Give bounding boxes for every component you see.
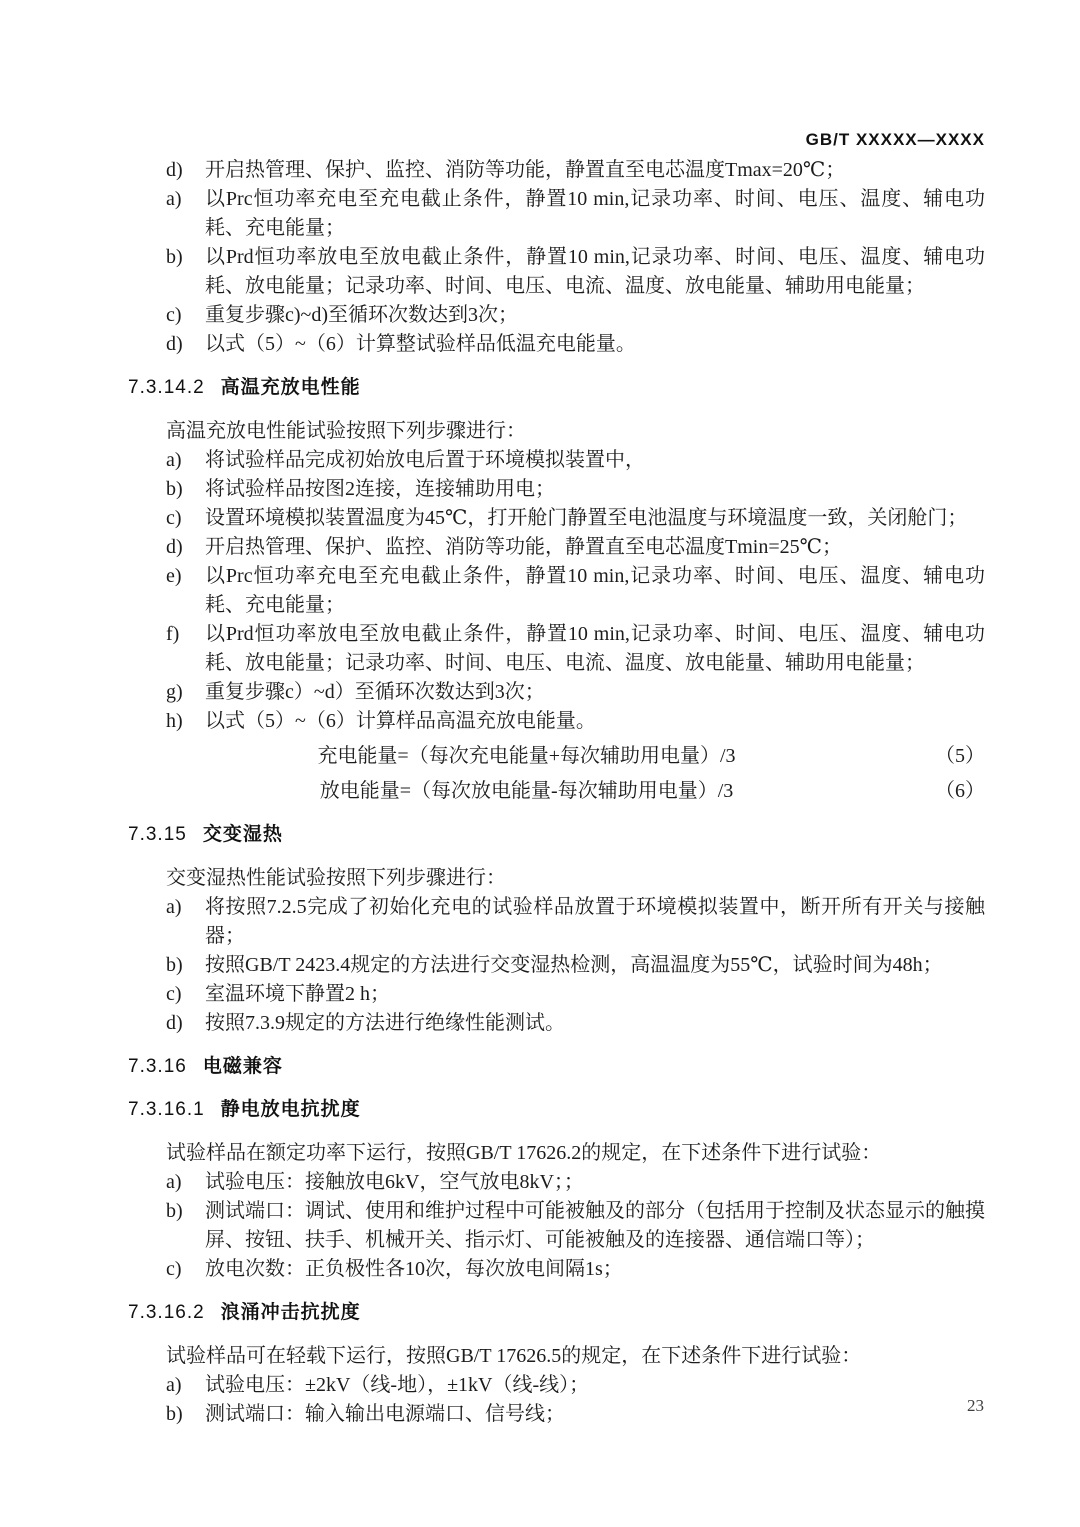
list-item-label: b) [128, 475, 205, 504]
formula-number: （6） [925, 777, 985, 806]
section-title: 静电放电抗扰度 [221, 1099, 361, 1120]
section-heading-7-3-16-2: 7.3.16.2浪涌冲击抗扰度 [128, 1299, 985, 1326]
list-item: a) 试验电压：接触放电6kV，空气放电8kV；； [128, 1168, 985, 1197]
list-item: f) 以Prd恒功率放电至放电截止条件，静置10 min,记录功率、时间、电压、… [128, 620, 985, 678]
list-item-text: 以式（5）~（6）计算样品高温充放电能量。 [205, 707, 985, 736]
document-page: GB/T XXXXX—XXXX d) 开启热管理、保护、监控、消防等功能，静置直… [0, 0, 1080, 1527]
list-item-text: 测试端口：调试、使用和维护过程中可能被触及的部分（包括用于控制及状态显示的触摸屏… [205, 1197, 985, 1255]
list-item-label: d) [128, 1009, 205, 1038]
section-title: 高温充放电性能 [221, 377, 361, 398]
list-item-text: 将试验样品按图2连接，连接辅助用电； [205, 475, 985, 504]
list-item: a) 将试验样品完成初始放电后置于环境模拟装置中， [128, 446, 985, 475]
list-item-text: 试验电压：±2kV（线-地），±1kV（线-线）； [205, 1371, 985, 1400]
list-item-text: 重复步骤c）~d）至循环次数达到3次； [205, 678, 985, 707]
list-item-label: d) [128, 533, 205, 562]
list-item: d) 开启热管理、保护、监控、消防等功能，静置直至电芯温度Tmin=25℃； [128, 533, 985, 562]
list-item-label: a) [128, 893, 205, 951]
list-item-label: g) [128, 678, 205, 707]
list-item-text: 测试端口：输入输出电源端口、信号线； [205, 1400, 985, 1429]
section-intro: 试验样品在额定功率下运行，按照GB/T 17626.2的规定，在下述条件下进行试… [128, 1139, 985, 1168]
section-intro: 试验样品可在轻载下运行，按照GB/T 17626.5的规定，在下述条件下进行试验… [128, 1342, 985, 1371]
list-item: c) 设置环境模拟装置温度为45℃，打开舱门静置至电池温度与环境温度一致，关闭舱… [128, 504, 985, 533]
list-item-text: 开启热管理、保护、监控、消防等功能，静置直至电芯温度Tmin=25℃； [205, 533, 985, 562]
list-item: b) 将试验样品按图2连接，连接辅助用电； [128, 475, 985, 504]
list-item-label: c) [128, 1255, 205, 1284]
list-item-text: 以Prc恒功率充电至充电截止条件，静置10 min,记录功率、时间、电压、温度、… [205, 185, 985, 243]
list-item: c) 室温环境下静置2 h； [128, 980, 985, 1009]
section-heading-7-3-16: 7.3.16电磁兼容 [128, 1053, 985, 1080]
list-item-text: 将试验样品完成初始放电后置于环境模拟装置中， [205, 446, 985, 475]
list-item-label: b) [128, 243, 205, 301]
section-heading-7-3-14-2: 7.3.14.2高温充放电性能 [128, 374, 985, 401]
list-item-label: a) [128, 185, 205, 243]
list-item-text: 试验电压：接触放电6kV，空气放电8kV；； [205, 1168, 985, 1197]
list-item-label: a) [128, 1371, 205, 1400]
list-item-text: 以Prd恒功率放电至放电截止条件，静置10 min,记录功率、时间、电压、温度、… [205, 620, 985, 678]
list-item: c) 放电次数：正负极性各10次，每次放电间隔1s； [128, 1255, 985, 1284]
list-item-label: a) [128, 1168, 205, 1197]
list-item-label: b) [128, 1400, 205, 1429]
list-item: g) 重复步骤c）~d）至循环次数达到3次； [128, 678, 985, 707]
list-item-text: 以Prc恒功率充电至充电截止条件，静置10 min,记录功率、时间、电压、温度、… [205, 562, 985, 620]
list-item: b) 测试端口：输入输出电源端口、信号线； [128, 1400, 985, 1429]
page-number: 23 [967, 1396, 984, 1416]
esd-list: a) 试验电压：接触放电6kV，空气放电8kV；； b) 测试端口：调试、使用和… [128, 1168, 985, 1284]
section-number: 7.3.16.2 [128, 1302, 205, 1323]
list-item-label: a) [128, 446, 205, 475]
list-item-text: 以式（5）~（6）计算整试验样品低温充电能量。 [205, 330, 985, 359]
formula-discharge-energy: 放电能量=（每次放电能量-每次辅助用电量）/3 （6） [128, 777, 985, 806]
list-item: d) 按照7.3.9规定的方法进行绝缘性能测试。 [128, 1009, 985, 1038]
list-item-text: 开启热管理、保护、监控、消防等功能，静置直至电芯温度Tmax=20℃； [205, 156, 985, 185]
surge-list: a) 试验电压：±2kV（线-地），±1kV（线-线）； b) 测试端口：输入输… [128, 1371, 985, 1429]
section-heading-7-3-15: 7.3.15交变湿热 [128, 821, 985, 848]
formula-charge-energy: 充电能量=（每次充电能量+每次辅助用电量）/3 （5） [128, 742, 985, 771]
list-item-label: b) [128, 951, 205, 980]
section-intro: 交变湿热性能试验按照下列步骤进行： [128, 864, 985, 893]
list-item: b) 以Prd恒功率放电至放电截止条件，静置10 min,记录功率、时间、电压、… [128, 243, 985, 301]
section-number: 7.3.16.1 [128, 1099, 205, 1120]
damp-heat-list: a) 将按照7.2.5完成了初始化充电的试验样品放置于环境模拟装置中，断开所有开… [128, 893, 985, 1038]
list-item-label: c) [128, 301, 205, 330]
formula-body: 充电能量=（每次充电能量+每次辅助用电量）/3 [128, 742, 925, 771]
list-item-label: b) [128, 1197, 205, 1255]
list-item: d) 开启热管理、保护、监控、消防等功能，静置直至电芯温度Tmax=20℃； [128, 156, 985, 185]
section-title: 交变湿热 [203, 824, 283, 845]
list-item: a) 以Prc恒功率充电至充电截止条件，静置10 min,记录功率、时间、电压、… [128, 185, 985, 243]
list-item-label: e) [128, 562, 205, 620]
section-number: 7.3.14.2 [128, 377, 205, 398]
list-item: b) 测试端口：调试、使用和维护过程中可能被触及的部分（包括用于控制及状态显示的… [128, 1197, 985, 1255]
list-item-label: c) [128, 980, 205, 1009]
list-item: b) 按照GB/T 2423.4规定的方法进行交变湿热检测，高温温度为55℃，试… [128, 951, 985, 980]
list-item-label: c) [128, 504, 205, 533]
leading-list: d) 开启热管理、保护、监控、消防等功能，静置直至电芯温度Tmax=20℃； a… [128, 156, 985, 359]
list-item-text: 按照GB/T 2423.4规定的方法进行交变湿热检测，高温温度为55℃，试验时间… [205, 951, 985, 980]
list-item-text: 重复步骤c)~d)至循环次数达到3次； [205, 301, 985, 330]
list-item: a) 将按照7.2.5完成了初始化充电的试验样品放置于环境模拟装置中，断开所有开… [128, 893, 985, 951]
section-title: 电磁兼容 [203, 1056, 283, 1077]
list-item-text: 以Prd恒功率放电至放电截止条件，静置10 min,记录功率、时间、电压、温度、… [205, 243, 985, 301]
list-item-text: 将按照7.2.5完成了初始化充电的试验样品放置于环境模拟装置中，断开所有开关与接… [205, 893, 985, 951]
list-item-label: d) [128, 330, 205, 359]
list-item-text: 放电次数：正负极性各10次，每次放电间隔1s； [205, 1255, 985, 1284]
section-number: 7.3.16 [128, 1056, 187, 1077]
list-item-label: f) [128, 620, 205, 678]
section-intro: 高温充放电性能试验按照下列步骤进行： [128, 417, 985, 446]
section-title: 浪涌冲击抗扰度 [221, 1302, 361, 1323]
high-temp-list: a) 将试验样品完成初始放电后置于环境模拟装置中， b) 将试验样品按图2连接，… [128, 446, 985, 736]
list-item: a) 试验电压：±2kV（线-地），±1kV（线-线）； [128, 1371, 985, 1400]
list-item: e) 以Prc恒功率充电至充电截止条件，静置10 min,记录功率、时间、电压、… [128, 562, 985, 620]
standard-number-header: GB/T XXXXX—XXXX [128, 130, 985, 150]
list-item: c) 重复步骤c)~d)至循环次数达到3次； [128, 301, 985, 330]
list-item: h) 以式（5）~（6）计算样品高温充放电能量。 [128, 707, 985, 736]
list-item-text: 设置环境模拟装置温度为45℃，打开舱门静置至电池温度与环境温度一致，关闭舱门； [205, 504, 985, 533]
list-item: d) 以式（5）~（6）计算整试验样品低温充电能量。 [128, 330, 985, 359]
list-item-label: h) [128, 707, 205, 736]
section-number: 7.3.15 [128, 824, 187, 845]
list-item-text: 按照7.3.9规定的方法进行绝缘性能测试。 [205, 1009, 985, 1038]
formula-number: （5） [925, 742, 985, 771]
section-heading-7-3-16-1: 7.3.16.1静电放电抗扰度 [128, 1096, 985, 1123]
list-item-label: d) [128, 156, 205, 185]
list-item-text: 室温环境下静置2 h； [205, 980, 985, 1009]
formula-body: 放电能量=（每次放电能量-每次辅助用电量）/3 [128, 777, 925, 806]
